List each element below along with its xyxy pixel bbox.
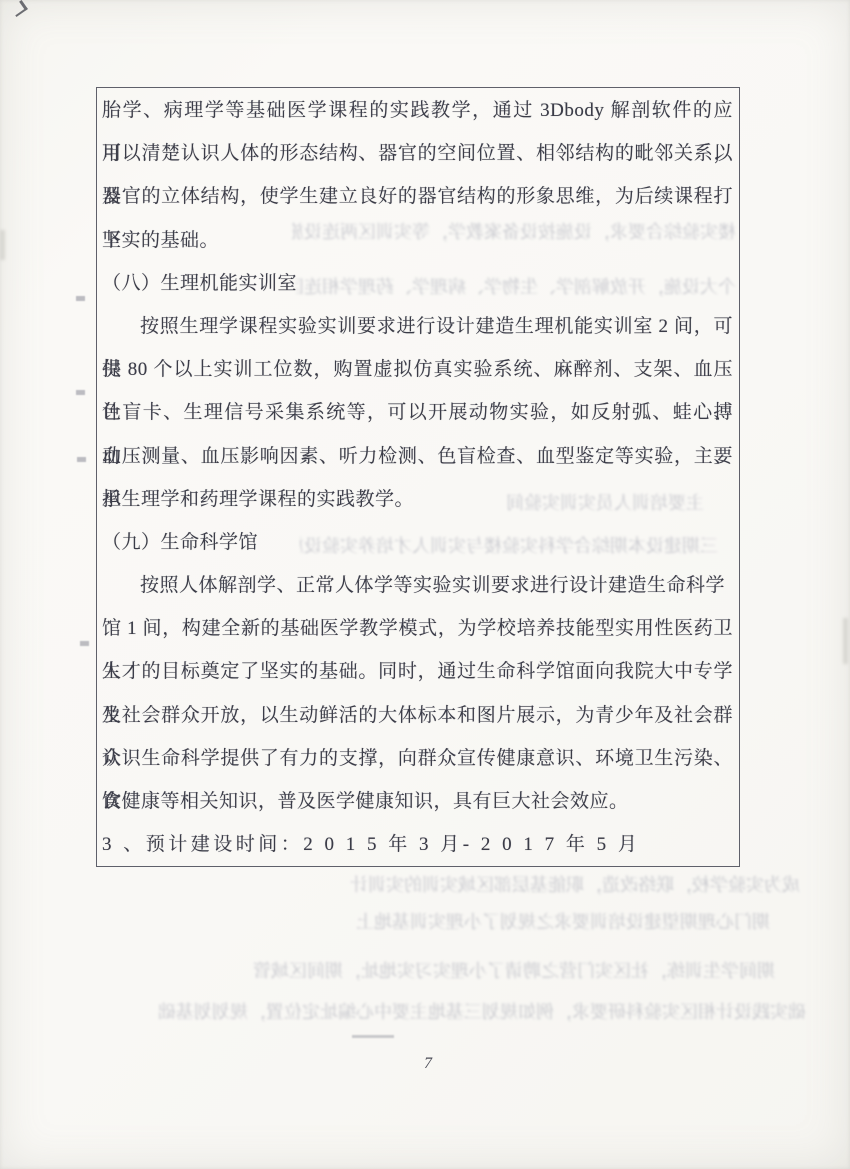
text-line: 可以清楚认识人体的形态结构、器官的空间位置、相邻结构的毗邻关系以及 [102,132,733,175]
text-line: 血压测量、血压影响因素、听力检测、色盲检查、血型鉴定等实验，主要承 [102,435,733,478]
section-heading: （八）生理机能实训室 [102,262,733,305]
text-line: 人才的目标奠定了坚实的基础。同时，通过生命科学馆面向我院大中专学生 [102,650,733,693]
document-table-cell: 胎学、病理学等基础医学课程的实践教学，通过 3Dbody 解剖软件的应用， 可以… [96,87,740,867]
scan-artifact-corner-mark [10,0,28,17]
bleedthrough-text: 础实践设计相区实验科研要求，例如规划三基地主要中心编址定位置，规划划基础 [70,1002,806,1022]
scanned-page: 楼实验综合要求，设施按设备案教学，等实训区两连设施 个大设施，开放解剖学、生物学… [0,0,850,1169]
scan-artifact [77,457,86,462]
text-line: 按照生理学课程实验实训要求进行设计建造生理机能实训室 2 间，可提 [102,305,733,348]
text-line: 及社会群众开放，以生动鲜活的大体标本和图片展示，为青少年及社会群众 [102,694,733,737]
text-line: 馆 1 间，构建全新的基础医学教学模式，为学校培养技能型实用性医药卫生 [102,607,733,650]
scan-artifact [0,230,5,260]
bleedthrough-text: 成为实验学校，联络改造，职能基层部区域实训的实训计 [255,875,800,895]
text-line: 按照人体解剖学、正常人体学等实验实训要求进行设计建造生命科学 [102,564,733,607]
text-line: 色盲卡、生理信号采集系统等，可以开展动物实验，如反射弧、蛙心搏动、 [102,391,733,434]
scan-artifact [76,296,85,301]
section-heading: （九）生命科学馆 [102,521,733,564]
text-line: 胎学、病理学等基础医学课程的实践教学，通过 3Dbody 解剖软件的应用， [102,89,733,132]
bleedthrough-text: 期门心理期望建设培训要求之规划了小理实训基地上 [305,912,770,932]
text-line: 担生理学和药理学课程的实践教学。 [102,478,733,521]
text-line: 食健康等相关知识，普及医学健康知识，具有巨大社会效应。 [102,780,733,823]
text-line: 器官的立体结构，使学生建立良好的器官结构的形象思维，为后续课程打下 [102,175,733,218]
text-line: 认识生命科学提供了有力的支撑，向群众宣传健康意识、环境卫生污染、饮 [102,737,733,780]
scan-artifact [76,390,85,395]
bleedthrough-text: 期间学生训练，社区实门营之聘请了小理实习实地址，期间区域管 [90,961,775,981]
scan-artifact [80,641,89,646]
text-line: 供 80 个以上实训工位数，购置虚拟仿真实验系统、麻醉剂、支架、血压计、 [102,348,733,391]
text-line: 坚实的基础。 [102,219,733,262]
scan-artifact [352,1035,394,1038]
construction-time-line: 3 、预计建设时间：2 0 1 5 年 3 月- 2 0 1 7 年 5 月 [102,823,733,866]
page-number: 7 [408,1055,448,1073]
scan-artifact [843,618,848,664]
